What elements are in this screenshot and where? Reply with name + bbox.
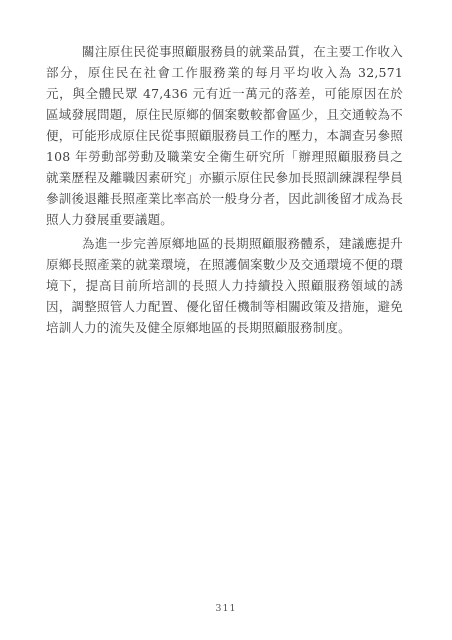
paragraph-employment-quality: 關注原住民從事照顧服務員的就業品質，在主要工作收入部分，原住民在社會工作服務業的…: [46, 41, 403, 230]
page-number: 311: [215, 603, 236, 614]
page-footer: 311: [0, 596, 452, 615]
document-page: 關注原住民從事照顧服務員的就業品質，在主要工作收入部分，原住民在社會工作服務業的…: [0, 0, 452, 640]
page-content: 關注原住民從事照顧服務員的就業品質，在主要工作收入部分，原住民在社會工作服務業的…: [46, 41, 403, 341]
paragraph-recommendation: 為進一步完善原鄉地區的長期照顧服務體系，建議應提升原鄉長照產業的就業環境，在照護…: [46, 233, 403, 338]
